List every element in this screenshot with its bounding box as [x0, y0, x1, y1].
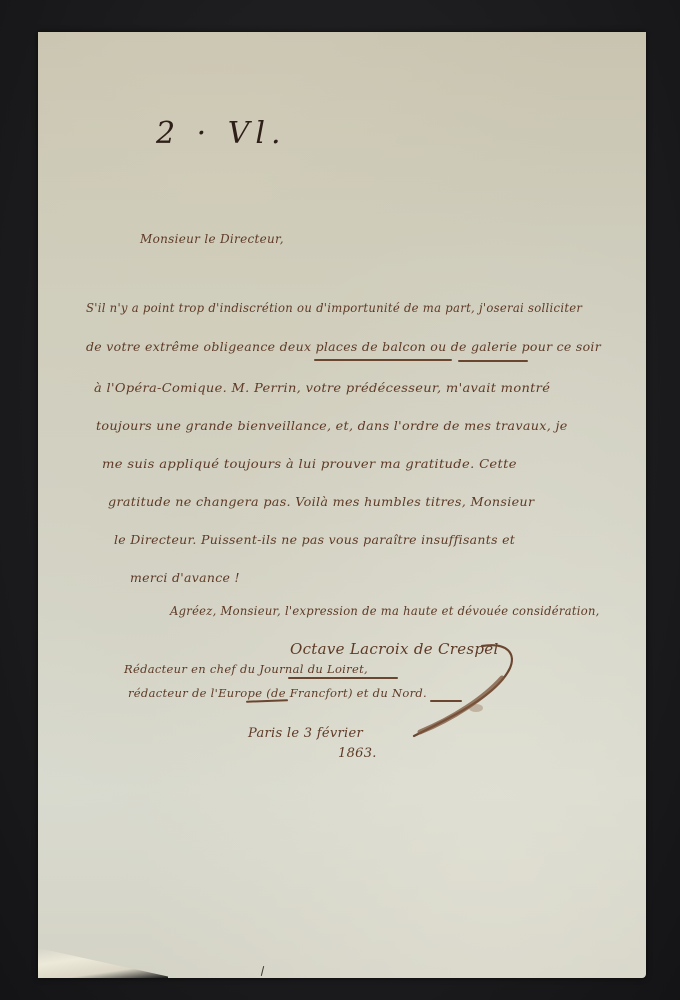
underline-galerie — [458, 360, 528, 362]
underline-journal — [288, 677, 398, 679]
closing-formula: Agréez, Monsieur, l'expression de ma hau… — [170, 604, 600, 618]
body-line-8: merci d'avance ! — [130, 570, 240, 585]
body-line-4: toujours une grande bienveillance, et, d… — [96, 418, 568, 433]
body-line-7: le Directeur. Puissent-ils ne pas vous p… — [114, 532, 515, 547]
underline-europe — [246, 699, 288, 702]
letter-sheet: 2 · Vl. Monsieur le Directeur, S'il n'y … — [38, 32, 646, 978]
body-line-3: à l'Opéra-Comique. M. Perrin, votre préd… — [94, 380, 550, 395]
body-line-1: S'il n'y a point trop d'indiscrétion ou … — [86, 300, 582, 315]
body-line-2: de votre extrême obligeance deux places … — [86, 339, 601, 354]
signature-flourish — [398, 632, 528, 742]
place-date: Paris le 3 février — [248, 726, 363, 741]
reference-mark: 2 · Vl. — [156, 116, 287, 151]
signature-title-1: Rédacteur en chef du Journal du Loiret, — [124, 662, 368, 676]
folded-corner — [38, 948, 168, 978]
body-line-6: gratitude ne changera pas. Voilà mes hum… — [108, 494, 534, 509]
date-year: 1863. — [338, 746, 377, 761]
underline-balcon — [314, 359, 452, 361]
salutation: Monsieur le Directeur, — [140, 232, 284, 246]
signature-title-2: rédacteur de l'Europe (de Francfort) et … — [128, 686, 427, 700]
body-line-5: me suis appliqué toujours à lui prouver … — [102, 456, 517, 471]
